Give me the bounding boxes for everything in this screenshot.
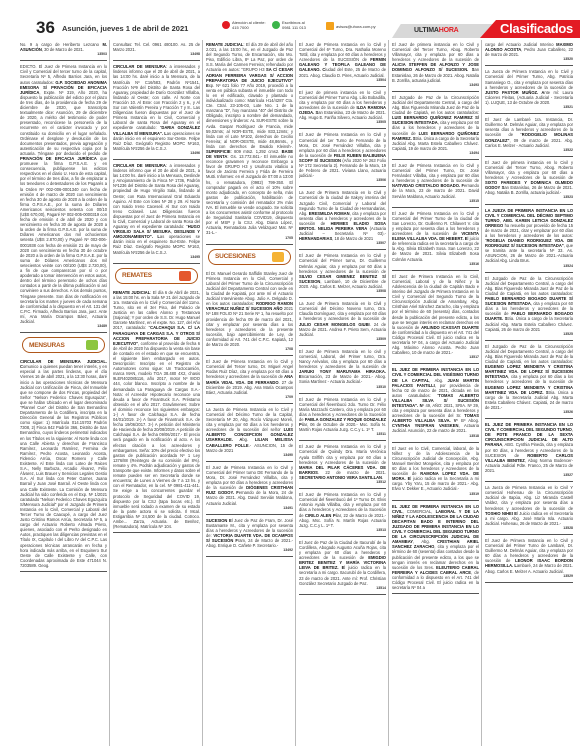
notice-code: 13495 [113,255,200,260]
legal-notice: No. 9 a cargo de Heriberto Lezcano M. AS… [20,40,107,61]
legal-notice: El Juez de primera instancia en lo Civil… [485,158,573,205]
legal-notice: El Juez de Primera Instancia en lo Civil… [392,161,479,208]
notice-code: 1705 [206,236,293,241]
legal-notice: REMATE JUDICIAL: El día 6 de Abril de 20… [113,288,200,533]
page-number: 36 [36,18,55,38]
legal-notice: LA JUEZA DE PRIMERA INSTANCIA EN LO CIVI… [485,206,573,273]
legal-notice: El Juez de Primera Instancia en lo Civil… [206,463,293,515]
notice-code: 13510 [299,385,386,390]
legal-notice: El Juez de Primera Instancia en lo Civil… [299,130,386,187]
legal-notice: CIRCULAR DE MENSURA JUDICIAL. Comunico a… [20,357,107,572]
whatsapp-contact: Escribinos al0981 111 013 [272,20,306,30]
legal-notice: CIRCULAR DE MENSURA: a interesados y lin… [113,161,200,264]
legal-notice: El Juez de Primera Instancia en lo Civil… [299,395,386,442]
notice-code: 13520 [485,57,573,62]
notice-code: 13504 [299,78,386,83]
notice-code: 13505 [299,120,386,125]
phone-contact: Atención al cliente:415 7000 [222,20,266,30]
column-5: El Juez de primera instancia en lo Civil… [392,40,482,746]
legal-notice: La Jueza de Primera Instancia en lo Civi… [206,405,293,462]
legal-notice: El Juez de Primera Instancia en lo Civil… [485,536,573,583]
notice-code: 13515 [392,199,479,204]
legal-notice: La Juez de Primera Instancia en lo Civil… [299,188,386,250]
legal-notice: Consultas: Tel. Cel. 0961 480100. As. 25… [113,40,200,61]
legal-notice: El Juez de Lambaré 1ra. Instancia, Dr. G… [485,115,573,157]
notice-code: 13522 [485,148,573,153]
notice-code: 13494 [392,151,479,156]
notice-code: 13516 [392,262,479,267]
legal-notice: CIRCULAR DE MENSURA: a interesados y lin… [113,62,200,160]
legal-notice: El Juez de Paz de la Ciudad de Itacurubí… [299,538,386,595]
notice-code: 13503 [20,52,107,57]
ultimahora-logo: ULTIMAHORA [414,27,459,34]
column-4: El Juez de Primera Instancia en lo Civil… [299,40,389,746]
notice-code: 13527 [485,473,573,478]
brand-banner: ULTIMAHORA Clasificados [392,20,580,38]
legal-notice: El Juez de primera instancia en lo Civil… [392,40,479,92]
email-contact: avisos@uhora.com.py [326,22,376,30]
notice-code: 13507 [299,241,386,246]
notice-code: 13519 [392,492,479,497]
column-6: cargo del Actuario Judicial Interino MAX… [485,40,575,746]
notice-code: 13524 [485,264,573,269]
legal-notice: El Juez de Primera Instancia en lo Civil… [299,442,386,489]
legal-notice: SUCESION El Juez de Paz de Fram, Dr. Jos… [206,516,293,558]
legal-notice: El Juez de Primera Instancia en lo civil… [299,347,386,394]
notice-code: 13496 [113,151,200,156]
remates-icon [179,271,191,281]
legal-notice: EL JUEZ DE PRIMERA INSTANCIA EN LO CIVIL… [392,502,479,595]
whatsapp-number: 0981 111 013 [282,25,306,30]
section-title: Clasificados [500,21,573,36]
notice-code: 13517 [392,355,479,360]
column-1: No. 9 a cargo de Heriberto Lezcano M. AS… [20,40,110,746]
legal-notice: La Jueza de Primera Instancia en lo Civi… [485,483,573,535]
notice-code: 13508 [299,289,386,294]
legal-notice: La Juez de Primera Instancia en lo Civil… [299,299,386,346]
legal-notice: EL JUEZ DE PRIMERA INSTANCIA EN LO CIVIL… [392,365,479,442]
legal-notice: El Juez de Primera Instancia en lo Civil… [299,40,386,87]
legal-notice: El Juez de Primera Instancia en lo Civil… [392,209,479,271]
notice-code: 13512 [299,480,386,485]
legal-notice: cargo del Actuario Judicial Interino MAX… [485,40,573,66]
notice-code: 13511 [299,432,386,437]
notice-code: 13506 [299,178,386,183]
notice-code: 13518 [392,434,479,439]
page-header: 36 Asunción, jueves 1 de abril de 2021 A… [0,0,580,36]
notice-code: 1709 [206,395,293,400]
legal-notice: El Juzgado de Paz de la Circunscripción … [485,342,573,419]
legal-notice: El Juez en lo Civil, Comercial, laboral,… [392,444,479,501]
notice-code: 13523 [485,195,573,200]
mensuras-icon [86,340,98,350]
legal-notice: El Juez de Primera Instancia en lo Civil… [299,490,386,537]
legal-notice: REMATE JUDICIAL: El día 29 de abril del … [206,40,293,245]
column-3: REMATE JUDICIAL: El día 29 de abril del … [206,40,296,746]
notice-code: 13498 [113,52,200,57]
sucesiones-icon [272,252,284,262]
publication-date: Asunción, jueves 1 de abril de 2021 [62,24,188,33]
notice-code: 13491 [206,506,293,511]
notice-code: 13526 [485,410,573,415]
phone-number: 415 7000 [232,25,266,30]
notice-code: 13525 [485,332,573,337]
section-banner-mensuras: MENSURAS [22,337,105,353]
notice-code: 13509 [299,337,386,342]
whatsapp-icon [272,21,280,29]
notice-code: 13489 [20,324,107,329]
notice-code: 1708 [206,347,293,352]
legal-notice: El Juzgado de Paz de la Circunscripción … [485,274,573,341]
legal-notice: El Dr. Manuel Gerardo Saffidin Stanley J… [206,269,293,357]
phone-icon [222,21,230,29]
notice-code: 13529 [485,574,573,579]
notice-code: 13521 [485,105,573,110]
email-address: avisos@uhora.com.py [336,24,376,29]
notice-code: 13514 [299,586,386,591]
legal-notice: El Juzgado de Paz de la Circunscripción … [392,93,479,160]
notice-code: 13492 [206,548,293,553]
section-banner-sucesiones: SUCESIONES [208,249,291,265]
notice-code: 13490 [206,453,293,458]
legal-notice: El Juez de Primera Instancia en lo Civil… [206,357,293,404]
legal-notice: El Juez de Primera Instancia en lo Civil… [392,272,479,365]
envelope-icon [326,22,334,30]
section-banner-remates: REMATES [115,268,198,284]
column-2: Consultas: Tel. Cel. 0961 480100. As. 25… [113,40,203,746]
legal-notice: EL JUEZ DE PRIMERA INSTANCIA EN LO CIVIL… [485,420,573,482]
notice-code: 13493 [392,83,479,88]
legal-notice: EDICTO. El Juez de Primera Instancia en … [20,62,107,333]
legal-notice: El juez de primera instancia en lo Civil… [299,88,386,130]
legal-notice: El Juez de Primera Instancia en lo Civil… [299,251,386,298]
notice-code: 13528 [485,526,573,531]
notice-code: 13513 [299,528,386,533]
legal-notice: La Jueza de Primera Instancia en lo Civi… [485,67,573,114]
classifieds-columns: No. 9 a cargo de Heriberto Lezcano M. AS… [20,40,576,746]
